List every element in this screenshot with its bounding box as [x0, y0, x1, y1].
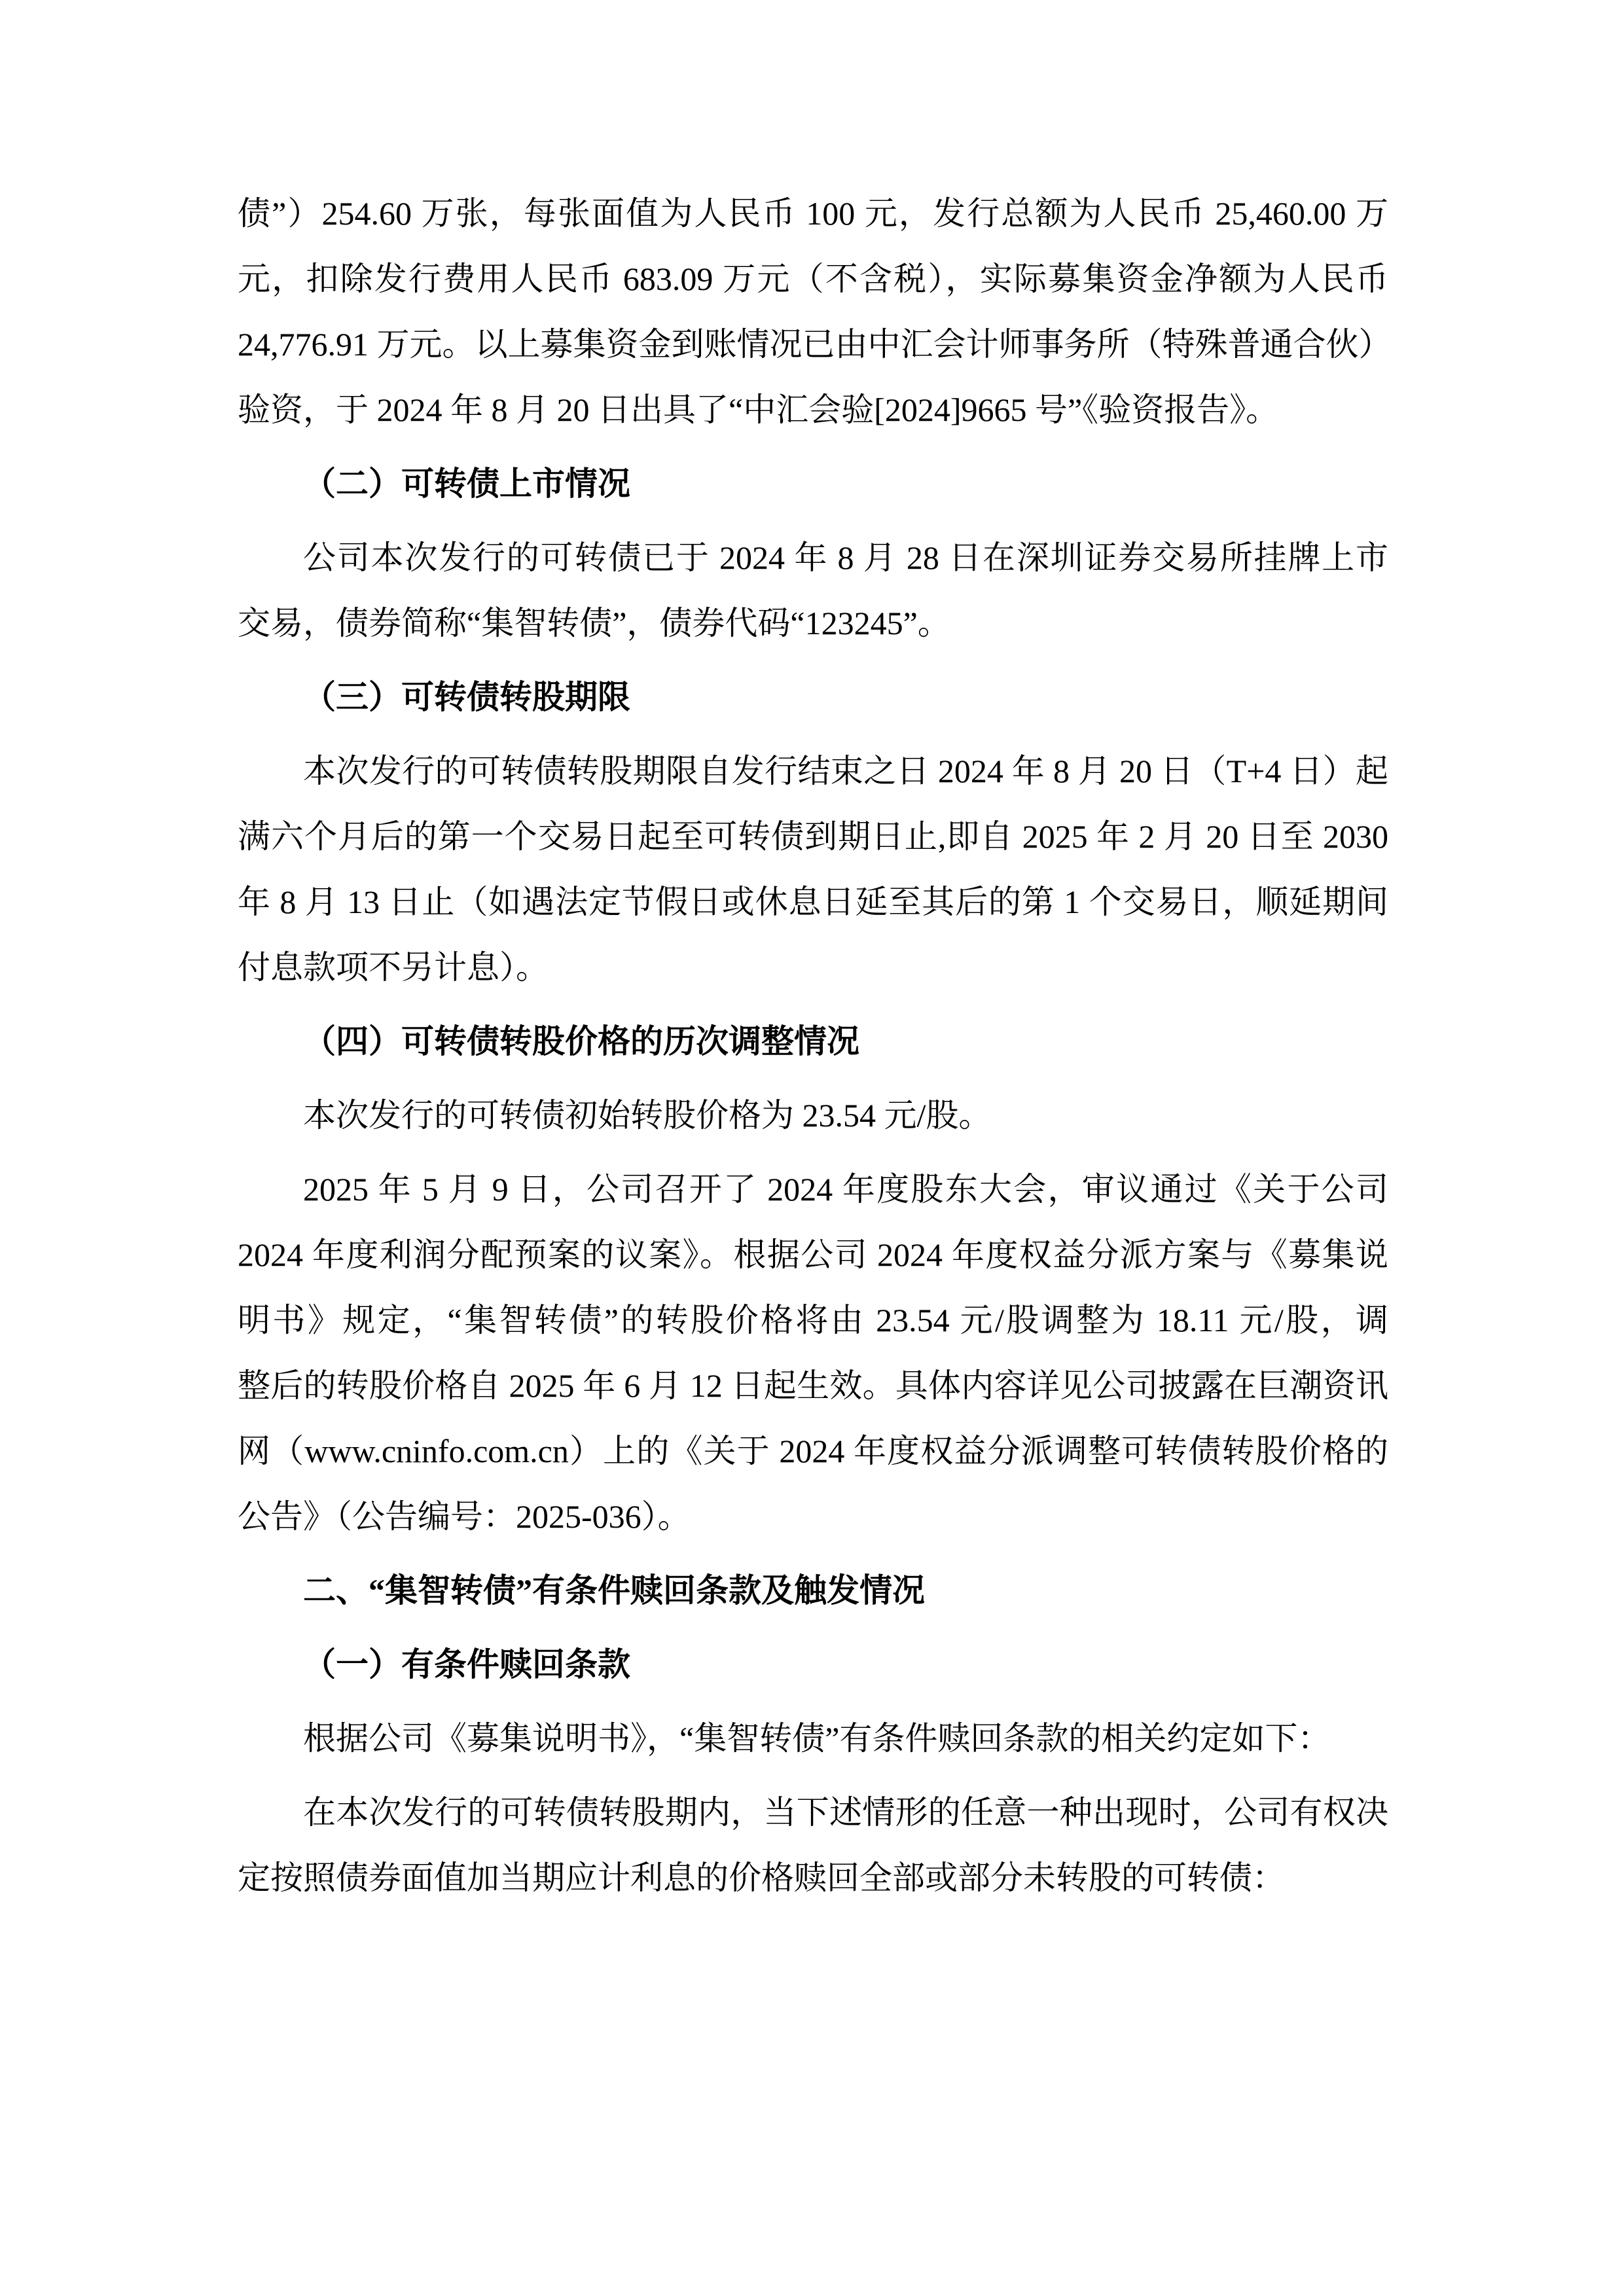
section-heading-price-adjustments: （四）可转债转股价格的历次调整情况 — [238, 1009, 1388, 1074]
paragraph-line: 付息款项不另计息）。 — [238, 935, 1388, 1000]
paragraph-line: 元，扣除发行费用人民币 683.09 万元（不含税），实际募集资金净额为人民币 — [238, 246, 1388, 312]
paragraph-line: 明书》规定，“集智转债”的转股价格将由 23.54 元/股调整为 18.11 元… — [238, 1287, 1388, 1353]
paragraph-line: 定按照债券面值加当期应计利息的价格赎回全部或部分未转股的可转债： — [238, 1845, 1388, 1910]
section-heading-redemption-terms: 二、“集智转债”有条件赎回条款及触发情况 — [238, 1558, 1388, 1623]
paragraph-line: 债”）254.60 万张，每张面值为人民币 100 元，发行总额为人民币 25,… — [238, 181, 1388, 246]
paragraph: 在本次发行的可转债转股期内，当下述情形的任意一种出现时，公司有权决 定按照债券面… — [238, 1780, 1388, 1910]
paragraph-line: 在本次发行的可转债转股期内，当下述情形的任意一种出现时，公司有权决 — [238, 1780, 1388, 1845]
paragraph-line: 2024 年度利润分配预案的议案》。根据公司 2024 年度权益分派方案与《募集… — [238, 1222, 1388, 1287]
paragraph-line: 整后的转股价格自 2025 年 6 月 12 日起生效。具体内容详见公司披露在巨… — [238, 1353, 1388, 1418]
paragraph-line: 根据公司《募集说明书》，“集智转债”有条件赎回条款的相关约定如下： — [238, 1706, 1388, 1771]
document-page: 债”）254.60 万张，每张面值为人民币 100 元，发行总额为人民币 25,… — [0, 0, 1624, 2296]
paragraph-line: 2025 年 5 月 9 日，公司召开了 2024 年度股东大会，审议通过《关于… — [238, 1157, 1388, 1222]
paragraph: 根据公司《募集说明书》，“集智转债”有条件赎回条款的相关约定如下： — [238, 1706, 1388, 1771]
paragraph-line: 公告》（公告编号：2025-036）。 — [238, 1484, 1388, 1549]
paragraph-line: 网（www.cninfo.com.cn）上的《关于 2024 年度权益分派调整可… — [238, 1418, 1388, 1484]
paragraph: 2025 年 5 月 9 日，公司召开了 2024 年度股东大会，审议通过《关于… — [238, 1157, 1388, 1549]
paragraph-line: 本次发行的可转债初始转股价格为 23.54 元/股。 — [238, 1083, 1388, 1148]
paragraph-line: 本次发行的可转债转股期限自发行结束之日 2024 年 8 月 20 日（T+4 … — [238, 738, 1388, 804]
paragraph: 本次发行的可转债转股期限自发行结束之日 2024 年 8 月 20 日（T+4 … — [238, 738, 1388, 1000]
section-heading-conversion-period: （三）可转债转股期限 — [238, 664, 1388, 730]
paragraph-line: 交易，债券简称“集智转债”，债券代码“123245”。 — [238, 590, 1388, 656]
section-heading-conditional-redemption: （一）有条件赎回条款 — [238, 1632, 1388, 1697]
paragraph-line: 验资，于 2024 年 8 月 20 日出具了“中汇会验[2024]9665 号… — [238, 377, 1388, 442]
paragraph-line: 年 8 月 13 日止（如遇法定节假日或休息日延至其后的第 1 个交易日，顺延期… — [238, 869, 1388, 935]
paragraph-line: 24,776.91 万元。以上募集资金到账情况已由中汇会计师事务所（特殊普通合伙… — [238, 312, 1388, 377]
paragraph: 公司本次发行的可转债已于 2024 年 8 月 28 日在深圳证券交易所挂牌上市… — [238, 525, 1388, 656]
section-heading-listing: （二）可转债上市情况 — [238, 451, 1388, 516]
paragraph: 本次发行的可转债初始转股价格为 23.54 元/股。 — [238, 1083, 1388, 1148]
paragraph-line: 满六个月后的第一个交易日起至可转债到期日止,即自 2025 年 2 月 20 日… — [238, 804, 1388, 869]
paragraph-line: 公司本次发行的可转债已于 2024 年 8 月 28 日在深圳证券交易所挂牌上市 — [238, 525, 1388, 590]
paragraph: 债”）254.60 万张，每张面值为人民币 100 元，发行总额为人民币 25,… — [238, 181, 1388, 442]
